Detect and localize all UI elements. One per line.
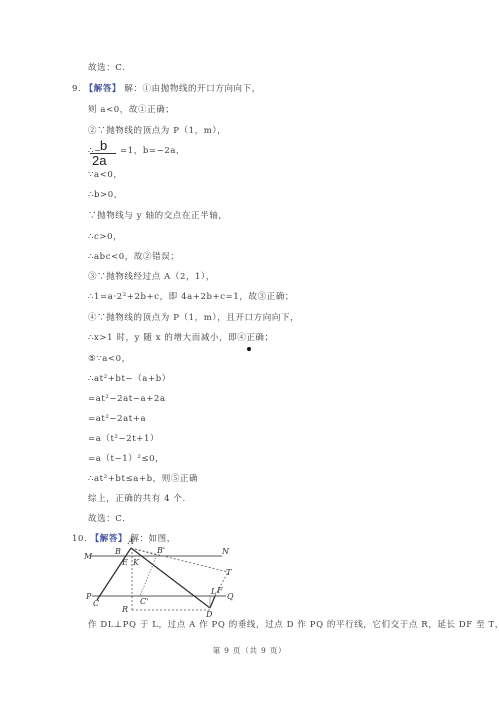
fraction-line-suffix: =1，b=−2a， (120, 146, 185, 157)
label-L: L (210, 587, 216, 596)
label-B: B (114, 547, 121, 556)
label-K: K (132, 558, 140, 567)
construction-line: 作 DL⊥PQ 于 L，过点 A 作 PQ 的垂线，过点 D 作 PQ 的平行线… (88, 620, 499, 631)
stray-dot (247, 347, 251, 351)
geometry-diagram: A B B' M N E K T P C C' L F Q R D (80, 530, 260, 620)
step-line: ②∵抛物线的顶点为 P（1，m）， (88, 126, 226, 137)
answer-line-9: 故选：C. (88, 514, 125, 525)
math-line: =at²−2at+a (88, 414, 146, 425)
label-T: T (226, 568, 232, 577)
label-M: M (83, 552, 93, 561)
math-line: =a（t−1）²≤0， (88, 454, 164, 465)
step-line: ∴at²+bt≤a+b，则⑤正确 (88, 474, 198, 485)
label-C-prime: C' (140, 597, 148, 606)
label-Q: Q (227, 592, 234, 601)
summary-line: 综上，正确的共有 4 个. (88, 494, 186, 505)
answer-line-8: 故选：C. (88, 63, 125, 74)
label-N: N (221, 547, 230, 556)
step-line: 则 a<0，故①正确； (88, 105, 174, 116)
step-line: ④∵抛物线的顶点为 P（1，m），且开口方向向下， (88, 313, 299, 324)
step-line: ∵a<0， (88, 170, 123, 181)
label-B-prime: B' (156, 546, 165, 555)
step-line: ∴abc<0，故②错误； (88, 252, 179, 263)
math-line: =at²−2at−a+2a (88, 394, 166, 405)
fraction-numerator: b (100, 138, 107, 153)
math-line: =a（t²−2t+1） (88, 434, 159, 445)
solution-tag: 【解答】 (85, 84, 121, 94)
step-line: ∴c>0， (88, 232, 122, 243)
label-C: C (93, 599, 99, 608)
document-page: 故选：C. 9. 【解答】 解：①由抛物线的开口方向向下， 则 a<0，故①正确… (0, 0, 499, 706)
step-line: ③∵抛物线经过点 A（2，1）， (88, 272, 215, 283)
math-line: ∴at²+bt−（a+b） (88, 374, 171, 385)
solution-intro: 解：①由抛物线的开口方向向下， (124, 84, 261, 94)
fraction-denominator: 2a (92, 153, 106, 168)
problem-9-header: 9. 【解答】 解：①由抛物线的开口方向向下， (72, 84, 261, 95)
page-footer: 第 9 页（共 9 页） (0, 645, 499, 656)
step-line: ∵抛物线与 y 轴的交点在正半轴， (88, 211, 227, 222)
step-line: ∴b>0， (88, 190, 123, 201)
label-R: R (121, 605, 128, 614)
label-A: A (127, 537, 134, 546)
step-line: ∴1=a·2²+2b+c，即 4a+2b+c=1，故③正确； (88, 292, 294, 303)
step-line: ⑤∵a<0， (88, 354, 131, 365)
label-E: E (121, 558, 128, 567)
step-line: ∴x>1 时，y 随 x 的增大而减小，即④正确； (88, 333, 274, 344)
label-D: D (205, 610, 213, 619)
problem-number: 9. (72, 84, 81, 94)
label-F: F (216, 586, 223, 595)
label-P: P (85, 592, 92, 601)
